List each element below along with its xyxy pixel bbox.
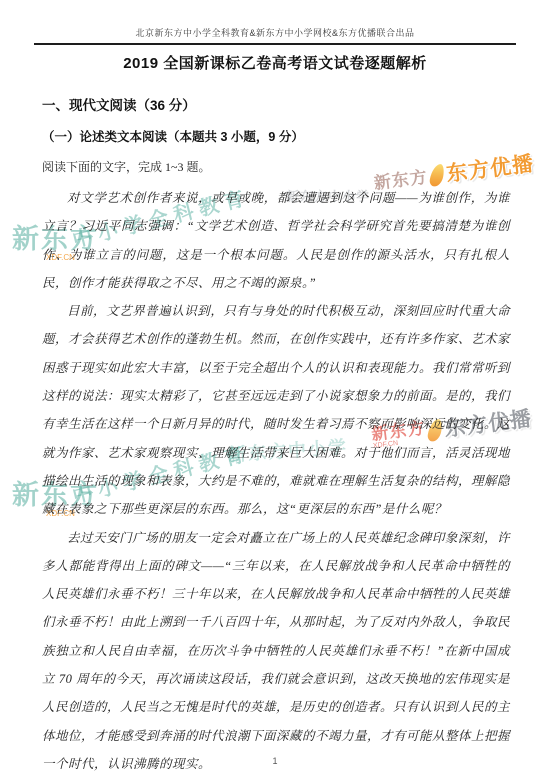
essay-body: 对文学艺术创作者来说，或早或晚，都会遭遇到这个问题——为谁创作，为谁立言？习近平…: [42, 184, 510, 777]
essay-paragraph-3: 去过天安门广场的朋友一定会对矗立在广场上的人民英雄纪念碑印象深刻，许多人都能背得…: [42, 524, 510, 777]
essay-paragraph-2: 目前，文艺界普遍认识到，只有与身处的时代积极互动，深刻回应时代重大命题，才会获得…: [42, 297, 510, 523]
publisher-header: 北京新东方中小学全科教育&新东方中小学网校&东方优播联合出品: [0, 26, 550, 39]
document-page: 新东方中小学 新东方 东方优播 新东方 XDF.CN 中小学全科教育 新东方中小…: [0, 0, 550, 777]
header-divider: [34, 43, 516, 45]
document-content: 北京新东方中小学全科教育&新东方中小学网校&东方优播联合出品 2019 全国新课…: [0, 26, 550, 777]
essay-paragraph-1: 对文学艺术创作者来说，或早或晚，都会遭遇到这个问题——为谁创作，为谁立言？习近平…: [42, 184, 510, 297]
subsection-heading: （一）论述类文本阅读（本题共 3 小题，9 分）: [42, 127, 510, 145]
reading-instruction: 阅读下面的文字，完成 1~3 题。: [42, 158, 510, 175]
page-title: 2019 全国新课标乙卷高考语文试卷逐题解析: [0, 52, 550, 73]
page-number: 1: [0, 756, 550, 766]
section-heading: 一、现代文阅读（36 分）: [42, 94, 510, 114]
